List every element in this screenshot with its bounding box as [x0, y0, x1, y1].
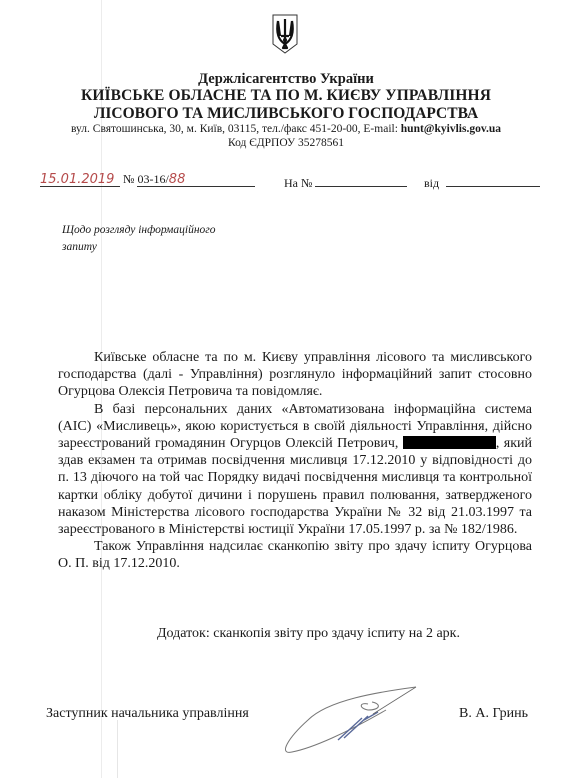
agency-name: Держлісагентство України — [0, 71, 572, 88]
scan-fold-line — [117, 720, 118, 778]
reply-date-field — [446, 172, 540, 187]
outgoing-date: 15.01.2019 — [40, 172, 120, 187]
reply-number-field — [315, 172, 407, 187]
subject: Щодо розгляду інформаційного запиту — [62, 222, 262, 256]
attachment-note: Додаток: сканкопія звіту про здачу іспит… — [157, 626, 460, 642]
registration-line: 15.01.2019 № 03-16/88 — [40, 172, 255, 187]
email-link[interactable]: hunt@kyivlis.gov.ua — [401, 123, 501, 135]
number-printed: 03-16/ — [137, 172, 168, 186]
number-handwritten: 88 — [169, 172, 186, 187]
edrpou-code: Код ЄДРПОУ 35278561 — [0, 137, 572, 149]
paragraph-2-text-cont: , який здав екзамен та отримав посвідчен… — [58, 436, 532, 537]
organization-name-line1: КИЇВСЬКЕ ОБЛАСНЕ ТА ПО М. КИЄВУ УПРАВЛІН… — [0, 87, 572, 105]
reply-reference: На № — [284, 172, 407, 191]
signatory-name: В. А. Гринь — [459, 706, 528, 722]
paragraph-1: Київське обласне та по м. Києву управлін… — [58, 349, 532, 401]
reply-label: На № — [284, 176, 312, 190]
signatory-position: Заступник начальника управління — [46, 706, 249, 722]
paragraph-3: Також Управління надсилає сканкопію звіт… — [58, 538, 532, 572]
outgoing-number: 03-16/88 — [137, 172, 255, 187]
number-label: № — [123, 172, 134, 186]
subject-line1: Щодо розгляду інформаційного — [62, 222, 262, 239]
letter-body: Київське обласне та по м. Києву управлін… — [58, 349, 532, 573]
address-text: вул. Святошинська, 30, м. Київ, 03115, т… — [71, 123, 401, 135]
organization-name-line2: ЛІСОВОГО ТА МИСЛИВСЬКОГО ГОСПОДАРСТВА — [0, 105, 572, 123]
from-label: від — [424, 176, 439, 190]
reply-date-reference: від — [424, 172, 540, 191]
address-line: вул. Святошинська, 30, м. Київ, 03115, т… — [0, 123, 572, 135]
trident-emblem-icon — [272, 14, 298, 54]
paragraph-2: В базі персональних даних «Автоматизован… — [58, 401, 532, 539]
redacted-block — [403, 436, 496, 449]
handwritten-signature — [268, 680, 428, 760]
subject-line2: запиту — [62, 239, 262, 256]
